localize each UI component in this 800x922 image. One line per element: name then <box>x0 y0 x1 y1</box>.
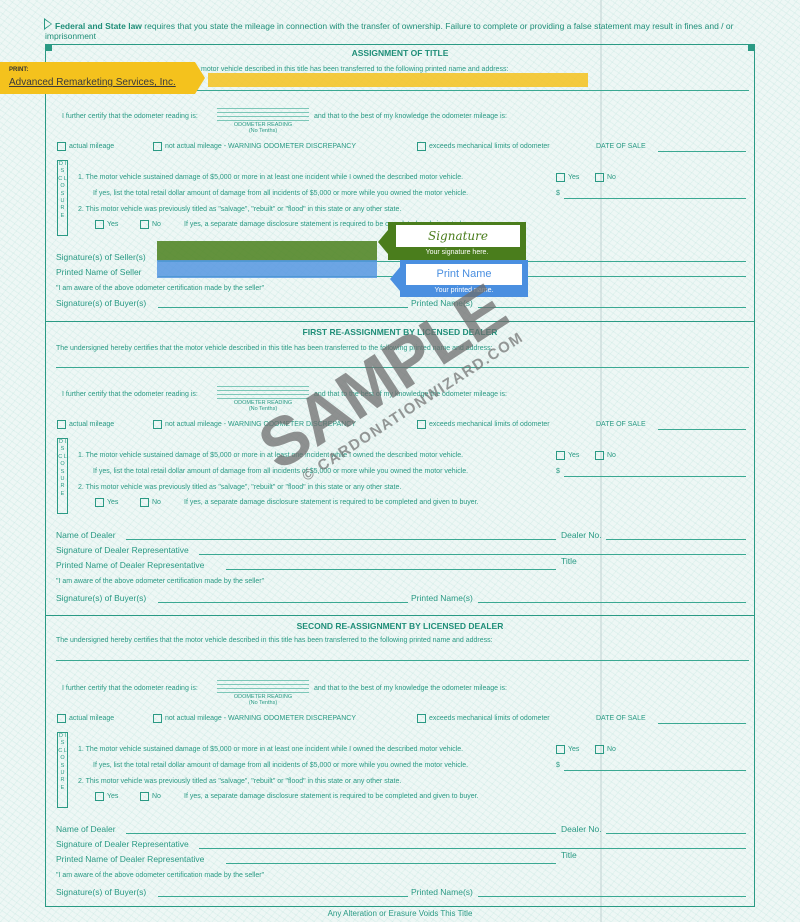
date-of-sale-field[interactable] <box>658 429 746 430</box>
odometer-suffix: and that to the best of my knowledge the… <box>314 391 507 398</box>
buyer-signature-field[interactable] <box>158 602 408 603</box>
buyer-signature-label: Signature(s) of Buyer(s) <box>56 887 146 897</box>
buyer-signature-field[interactable] <box>158 307 408 308</box>
odometer-caption-2: (No Tenths) <box>249 700 277 706</box>
q1-no-label: No <box>607 746 616 753</box>
date-of-sale-field[interactable] <box>658 723 746 724</box>
dealer-rep-printed-name-label: Printed Name of Dealer Representative <box>56 854 204 864</box>
odometer-caption: ODOMETER READING(No Tenths) <box>217 400 309 412</box>
dealer-rep-printed-name-field[interactable] <box>226 863 556 864</box>
actual-mileage-label: actual mileage <box>69 143 114 150</box>
print-name-callout-sub: Your printed name. <box>400 287 528 294</box>
seller-signature-label: Signature(s) of Seller(s) <box>56 252 146 262</box>
buyer-name-address-line[interactable] <box>56 367 749 368</box>
print-name-callout: Print Name Your printed name. <box>400 260 528 297</box>
odometer-suffix: and that to the best of my knowledge the… <box>314 113 507 120</box>
seller-printed-name-label: Printed Name of Seller <box>56 267 142 277</box>
dollar-sign: $ <box>556 762 560 769</box>
not-actual-mileage-checkbox[interactable] <box>153 714 162 723</box>
buyer-printed-names-field[interactable] <box>478 602 746 603</box>
dealer-no-label: Dealer No. <box>561 824 602 834</box>
dealer-rep-signature-field[interactable] <box>199 848 746 849</box>
odometer-caption-2: (No Tenths) <box>249 406 277 412</box>
dealer-transfer-statement: The undersigned hereby certifies that th… <box>56 345 493 352</box>
odometer-caption: ODOMETER READING(No Tenths) <box>217 694 309 706</box>
odometer-reading-field[interactable] <box>217 677 309 693</box>
arrow-icon <box>45 19 52 29</box>
dollar-sign: $ <box>556 190 560 197</box>
date-of-sale-label: DATE OF SALE <box>596 421 646 428</box>
buyer-printed-names-label: Printed Name(s) <box>411 887 473 897</box>
buyer-signature-label: Signature(s) of Buyer(s) <box>56 593 146 603</box>
print-callout-value: Advanced Remarketing Services, Inc. <box>9 77 176 88</box>
dealer-no-field[interactable] <box>606 539 746 540</box>
disclosure-q1: 1. The motor vehicle sustained damage of… <box>78 174 463 181</box>
date-of-sale-label: DATE OF SALE <box>596 143 646 150</box>
section-divider <box>46 615 754 616</box>
disclosure-q2: 2. This motor vehicle was previously tit… <box>78 778 401 785</box>
disclosure-box: D I S C L O S U R E <box>57 732 68 808</box>
q2-yes-checkbox[interactable] <box>95 498 104 507</box>
q1-yes-label: Yes <box>568 174 579 181</box>
date-of-sale-field[interactable] <box>658 151 746 152</box>
disclosure-q1b: If yes, list the total retail dollar amo… <box>93 468 468 475</box>
alteration-warning: Any Alteration or Erasure Voids This Tit… <box>0 909 800 918</box>
print-callout: PRINT: Advanced Remarketing Services, In… <box>0 62 195 94</box>
disclosure-q1: 1. The motor vehicle sustained damage of… <box>78 452 463 459</box>
section-divider <box>46 321 754 322</box>
dollar-sign: $ <box>556 468 560 475</box>
actual-mileage-label: actual mileage <box>69 421 114 428</box>
section-title-second-reassignment: SECOND RE-ASSIGNMENT BY LICENSED DEALER <box>46 621 754 631</box>
damage-amount-field[interactable] <box>564 770 746 771</box>
exceeds-limits-checkbox[interactable] <box>417 714 426 723</box>
disclosure-q1b: If yes, list the total retail dollar amo… <box>93 762 468 769</box>
dealer-name-field[interactable] <box>126 833 556 834</box>
dealer-rep-signature-label: Signature of Dealer Representative <box>56 839 189 849</box>
law-bold: Federal and State law <box>55 21 142 31</box>
disclosure-box: D I S C L O S U R E <box>57 438 68 514</box>
section-title-first-reassignment: FIRST RE-ASSIGNMENT BY LICENSED DEALER <box>46 327 754 337</box>
title-label: Title <box>561 556 577 566</box>
buyer-signature-label: Signature(s) of Buyer(s) <box>56 298 146 308</box>
dealer-rep-signature-label: Signature of Dealer Representative <box>56 545 189 555</box>
not-actual-mileage-label: not actual mileage - WARNING ODOMETER DI… <box>165 715 356 722</box>
print-highlight <box>208 73 588 87</box>
odometer-suffix: and that to the best of my knowledge the… <box>314 685 507 692</box>
signature-highlight <box>157 241 377 261</box>
q2-no-checkbox[interactable] <box>140 498 149 507</box>
q1-no-checkbox[interactable] <box>595 173 604 182</box>
buyer-printed-names-label: Printed Name(s) <box>411 593 473 603</box>
q1-yes-checkbox[interactable] <box>556 173 565 182</box>
odometer-reading-field[interactable] <box>217 105 309 121</box>
signature-callout-title: Signature <box>396 225 520 247</box>
dealer-name-field[interactable] <box>126 539 556 540</box>
odometer-caption: ODOMETER READING(No Tenths) <box>217 122 309 134</box>
q2-yes-checkbox[interactable] <box>95 220 104 229</box>
dealer-rep-signature-field[interactable] <box>199 554 746 555</box>
odometer-prefix: I further certify that the odometer read… <box>62 391 198 398</box>
exceeds-limits-checkbox[interactable] <box>417 420 426 429</box>
law-text: requires that you state the mileage in c… <box>45 21 733 41</box>
signature-callout-sub: Your signature here. <box>388 249 526 256</box>
odometer-caption-2: (No Tenths) <box>249 128 277 134</box>
q2-no-label: No <box>152 793 161 800</box>
actual-mileage-checkbox[interactable] <box>57 714 66 723</box>
actual-mileage-checkbox[interactable] <box>57 142 66 151</box>
dealer-name-label: Name of Dealer <box>56 824 116 834</box>
disclosure-box: D I S C L O S U R E <box>57 160 68 236</box>
section-title-assignment: ASSIGNMENT OF TITLE <box>46 48 754 58</box>
odometer-prefix: I further certify that the odometer read… <box>62 685 198 692</box>
damage-amount-field[interactable] <box>564 198 746 199</box>
transfer-statement: motor vehicle described in this title ha… <box>201 66 508 73</box>
q2-no-label: No <box>152 221 161 228</box>
q1-yes-checkbox[interactable] <box>556 451 565 460</box>
buyer-printed-names-field[interactable] <box>478 307 746 308</box>
buyer-aware-statement: "I am aware of the above odometer certif… <box>56 578 264 585</box>
q1-yes-label: Yes <box>568 452 579 459</box>
exceeds-limits-checkbox[interactable] <box>417 142 426 151</box>
q1-no-label: No <box>607 174 616 181</box>
q2-yes-label: Yes <box>107 499 118 506</box>
print-name-callout-title: Print Name <box>406 264 522 285</box>
buyer-aware-statement: "I am aware of the above odometer certif… <box>56 285 264 292</box>
dealer-no-label: Dealer No. <box>561 530 602 540</box>
buyer-printed-names-field[interactable] <box>478 896 746 897</box>
odometer-prefix: I further certify that the odometer read… <box>62 113 198 120</box>
q1-no-checkbox[interactable] <box>595 745 604 754</box>
dealer-rep-printed-name-field[interactable] <box>226 569 556 570</box>
odometer-reading-field[interactable] <box>217 383 309 399</box>
not-actual-mileage-label: not actual mileage - WARNING ODOMETER DI… <box>165 421 356 428</box>
q1-no-label: No <box>607 452 616 459</box>
actual-mileage-label: actual mileage <box>69 715 114 722</box>
q2-no-checkbox[interactable] <box>140 220 149 229</box>
q1-yes-checkbox[interactable] <box>556 745 565 754</box>
exceeds-limits-label: exceeds mechanical limits of odometer <box>429 715 550 722</box>
q2-no-checkbox[interactable] <box>140 792 149 801</box>
q2-yes-label: Yes <box>107 793 118 800</box>
q1-yes-label: Yes <box>568 746 579 753</box>
buyer-printed-names-label: Printed Name(s) <box>411 298 473 308</box>
date-of-sale-label: DATE OF SALE <box>596 715 646 722</box>
disclosure-q2: 2. This motor vehicle was previously tit… <box>78 206 401 213</box>
dealer-name-label: Name of Dealer <box>56 530 116 540</box>
exceeds-limits-label: exceeds mechanical limits of odometer <box>429 421 550 428</box>
damage-amount-field[interactable] <box>564 476 746 477</box>
disclosure-q1b: If yes, list the total retail dollar amo… <box>93 190 468 197</box>
print-callout-label: PRINT: <box>9 67 28 73</box>
not-actual-mileage-checkbox[interactable] <box>153 142 162 151</box>
law-notice: Federal and State law requires that you … <box>45 19 745 41</box>
q2-yes-checkbox[interactable] <box>95 792 104 801</box>
not-actual-mileage-checkbox[interactable] <box>153 420 162 429</box>
dealer-no-field[interactable] <box>606 833 746 834</box>
q2-yes-label: Yes <box>107 221 118 228</box>
print-name-highlight <box>157 260 377 278</box>
exceeds-limits-label: exceeds mechanical limits of odometer <box>429 143 550 150</box>
disclosure-q1: 1. The motor vehicle sustained damage of… <box>78 746 463 753</box>
disclosure-q2: 2. This motor vehicle was previously tit… <box>78 484 401 491</box>
dealer-rep-printed-name-label: Printed Name of Dealer Representative <box>56 560 204 570</box>
disclosure-q2b: If yes, a separate damage disclosure sta… <box>184 499 479 506</box>
disclosure-q2b: If yes, a separate damage disclosure sta… <box>184 793 479 800</box>
signature-callout: Signature Your signature here. <box>388 222 526 260</box>
buyer-aware-statement: "I am aware of the above odometer certif… <box>56 872 264 879</box>
dealer-transfer-statement: The undersigned hereby certifies that th… <box>56 637 493 644</box>
form-frame: ASSIGNMENT OF TITLE motor vehicle descri… <box>45 44 755 907</box>
buyer-signature-field[interactable] <box>158 896 408 897</box>
title-label: Title <box>561 850 577 860</box>
actual-mileage-checkbox[interactable] <box>57 420 66 429</box>
buyer-name-address-line[interactable] <box>56 660 749 661</box>
q1-no-checkbox[interactable] <box>595 451 604 460</box>
not-actual-mileage-label: not actual mileage - WARNING ODOMETER DI… <box>165 143 356 150</box>
q2-no-label: No <box>152 499 161 506</box>
